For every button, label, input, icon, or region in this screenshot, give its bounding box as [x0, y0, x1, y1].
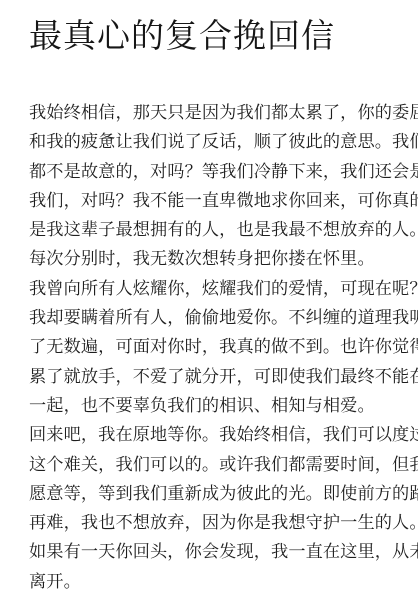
body-line: 我们，对吗？我不能一直卑微地求你回来，可你真的 [29, 187, 389, 216]
body-line: 离开。 [29, 568, 389, 597]
body-line: 是我这辈子最想拥有的人，也是我最不想放弃的人。 [29, 216, 389, 245]
body-line: 我却要瞒着所有人，偷偷地爱你。不纠缠的道理我听 [29, 304, 389, 333]
body-line: 我始终相信，那天只是因为我们都太累了，你的委屈 [29, 99, 389, 128]
body-line: 每次分别时，我无数次想转身把你搂在怀里。 [29, 245, 389, 274]
body-line: 都不是故意的，对吗？等我们冷静下来，我们还会是 [29, 158, 389, 187]
article-body: 我始终相信，那天只是因为我们都太累了，你的委屈 和我的疲惫让我们说了反话，顺了彼… [29, 99, 389, 597]
body-line: 一起，也不要辜负我们的相识、相知与相爱。 [29, 392, 389, 421]
document-page: 最真心的复合挽回信 我始终相信，那天只是因为我们都太累了，你的委屈 和我的疲惫让… [0, 0, 418, 600]
body-line: 如果有一天你回头，你会发现，我一直在这里，从未 [29, 538, 389, 567]
body-line: 愿意等，等到我们重新成为彼此的光。即使前方的路 [29, 480, 389, 509]
body-line: 这个难关，我们可以的。或许我们都需要时间，但我 [29, 451, 389, 480]
body-line: 累了就放手，不爱了就分开，可即使我们最终不能在 [29, 363, 389, 392]
body-line: 了无数遍，可面对你时，我真的做不到。也许你觉得 [29, 333, 389, 362]
body-line: 我曾向所有人炫耀你，炫耀我们的爱情，可现在呢？ [29, 275, 389, 304]
body-line: 和我的疲惫让我们说了反话，顺了彼此的意思。我们 [29, 128, 389, 157]
body-line: 再难，我也不想放弃，因为你是我想守护一生的人。 [29, 509, 389, 538]
body-line: 回来吧，我在原地等你。我始终相信，我们可以度过 [29, 421, 389, 450]
article-title: 最真心的复合挽回信 [29, 14, 335, 58]
